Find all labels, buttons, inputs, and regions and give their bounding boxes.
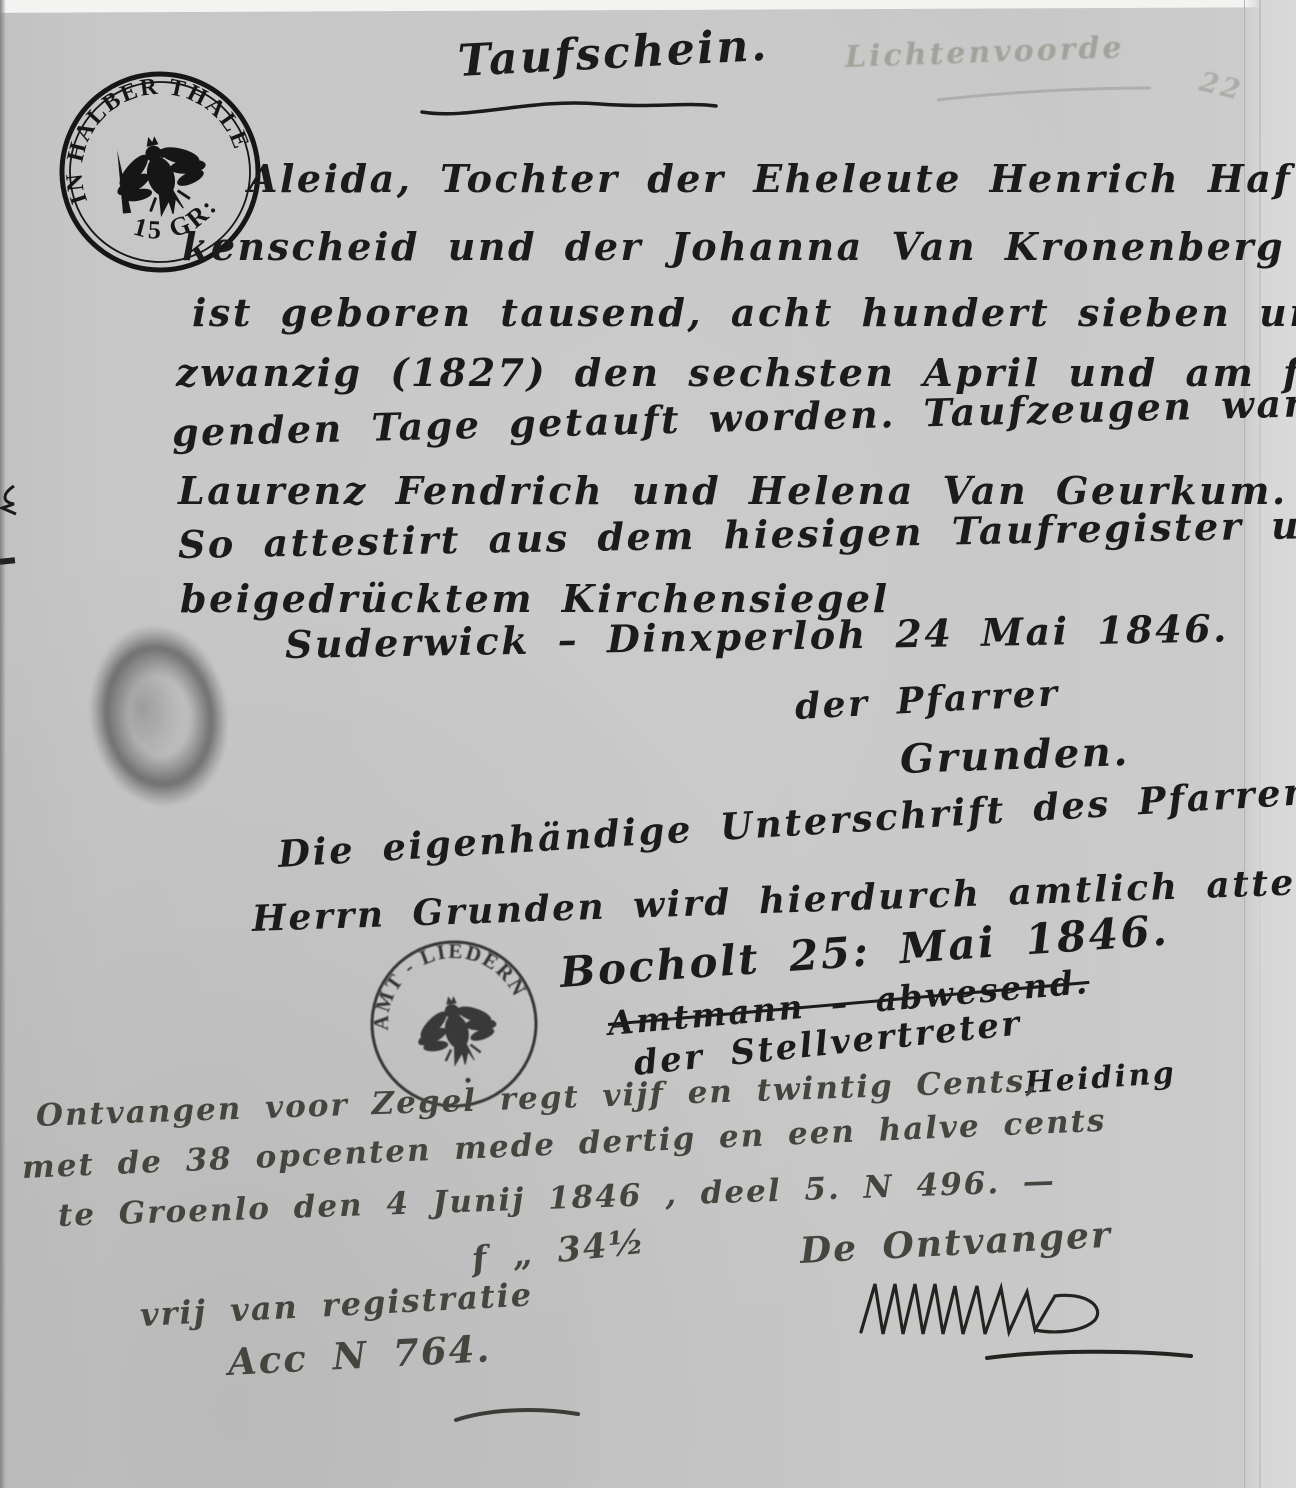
scanned-document: Taufschein. Lichtenvoorde 22 EIN HALBER … (0, 0, 1296, 1488)
page-number: 22 (1196, 66, 1246, 107)
ink-smudge-stamp (66, 602, 251, 830)
pencil-underline (935, 84, 1155, 104)
double-eagle-icon (409, 988, 505, 1075)
exempt-underline-flourish (452, 1404, 582, 1426)
edge-ink-mark (0, 557, 15, 565)
body-line: kenscheid und der Johanna Van Kronenberg (182, 224, 1285, 269)
exempt-line: vrij van registratie (139, 1275, 534, 1334)
deputy-signature: Heiding (1024, 1055, 1178, 1100)
document-title: Taufschein. (457, 20, 770, 87)
signature-underline (985, 1348, 1195, 1364)
fee-amount: f „ 34½ (470, 1222, 648, 1280)
receiver-label: De Ontvanger (799, 1214, 1113, 1272)
title-underline-flourish (420, 92, 720, 120)
body-line: Aleida, Tochter der Eheleute Henrich Haf… (248, 156, 1296, 201)
pastor-title-line: der Pfarrer (794, 672, 1061, 728)
edge-ink-mark (0, 484, 20, 520)
scan-edge-top (0, 0, 1296, 13)
body-line: ist geboren tausend, acht hundert sieben… (192, 290, 1296, 335)
pencil-note: Lichtenvoorde (844, 30, 1125, 75)
exempt-number-line: Acc N 764. (227, 1326, 492, 1384)
pastor-signature: Grunden. (899, 728, 1130, 783)
receiver-signature (855, 1272, 1165, 1352)
scan-edge-left (0, 0, 6, 1488)
attestation-line: Die eigenhändige Unterschrift des Pfarre… (277, 768, 1296, 876)
